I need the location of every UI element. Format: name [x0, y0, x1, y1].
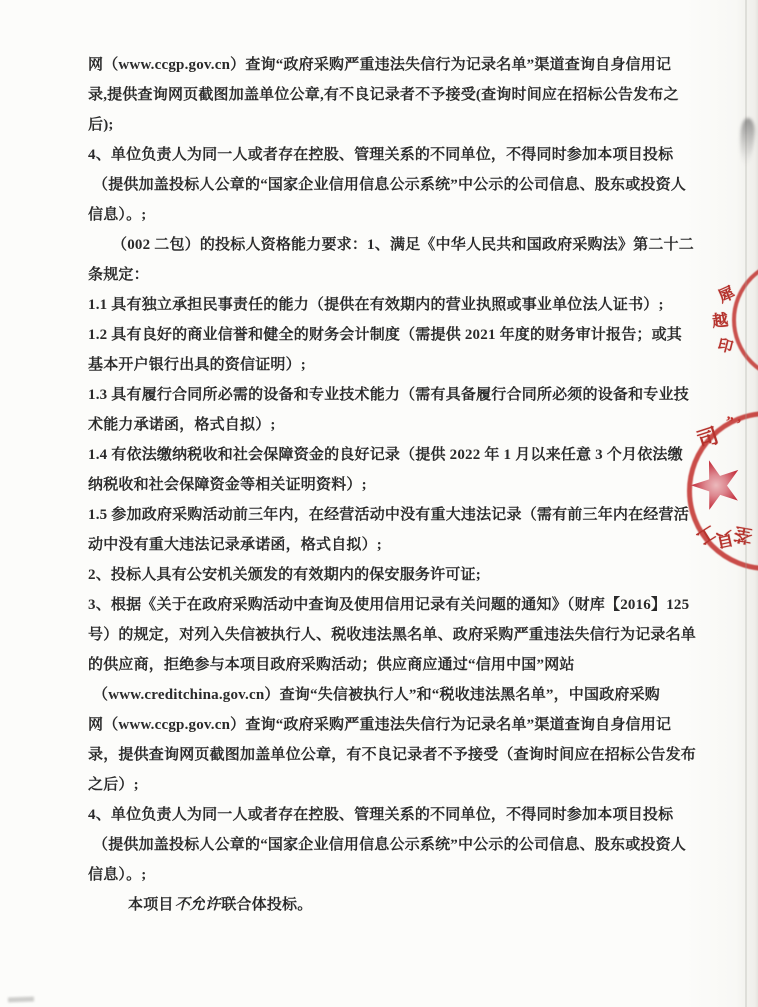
seal-character: 工: [692, 520, 721, 552]
line-text-emphasis: [689, 597, 691, 613]
line-text-emphasis: [686, 177, 688, 193]
line-text: （提供加盖投标人公章的“国家企业信用信息公示系统”中公示的公司信息、股东或投资人: [93, 837, 686, 853]
text-line: 录，提供查询网页截图加盖单位公章，有不良记录者不予接受（查询时间应在招标公告发布: [88, 740, 688, 770]
text-line: 2、投标人具有公安机关颁发的有效期内的保安服务许可证;: [88, 560, 688, 590]
line-text-emphasis: [660, 687, 662, 703]
text-line: 号）的规定，对列入失信被执行人、税收违法黑名单、政府采购严重违法失信行为记录名单: [88, 620, 688, 650]
line-text: （002 二包）的投标人资格能力要求：1、满足《中华人民共和国政府采购法》第二十…: [112, 237, 694, 253]
line-text: 1.4 有依法缴纳税收和社会保障资金的良好记录（提供 2022 年 1 月以来任…: [88, 447, 683, 463]
text-line: （提供加盖投标人公章的“国家企业信用信息公示系统”中公示的公司信息、股东或投资人: [93, 170, 688, 200]
line-text: 4、单位负责人为同一人或者存在控股、管理关系的不同单位，不得同时参加本项目投标: [88, 807, 673, 823]
text-line: 4、单位负责人为同一人或者存在控股、管理关系的不同单位，不得同时参加本项目投标: [88, 140, 688, 170]
text-line: 信息）。;: [88, 860, 688, 890]
line-text: 录,提供查询网页截图加盖单位公章,有不良记录者不予接受(查询时间应在招标公告发布…: [88, 87, 679, 103]
line-text-emphasis: [306, 357, 308, 373]
line-text-emphasis: [679, 87, 681, 103]
line-text: 1.5 参加政府采购活动前三年内，在经营活动中没有重大违法记录（需有前三年内在经…: [88, 507, 689, 523]
line-text-emphasis: [382, 537, 384, 553]
text-line: 基本开户银行出具的资信证明）;: [88, 350, 688, 380]
line-text: 动中没有重大违法记录承诺函，格式自拟）;: [88, 537, 382, 553]
text-line: （www.creditchina.gov.cn）查询“失信被执行人”和“税收违法…: [93, 680, 688, 710]
text-line: 条规定：: [88, 260, 688, 290]
text-line: 本项目不允许联合体投标。: [128, 890, 688, 920]
line-text-emphasis: [671, 717, 673, 733]
text-line: 3、根据《关于在政府采购活动中查询及使用信用记录有关问题的通知》（财库【2016…: [88, 590, 688, 620]
seal-character: 司: [693, 419, 722, 454]
text-line: 1.2 具有良好的商业信誉和健全的财务会计制度（需提供 2021 年度的财务审计…: [88, 320, 688, 350]
text-line: （002 二包）的投标人资格能力要求：1、满足《中华人民共和国政府采购法》第二十…: [112, 230, 688, 260]
line-text: 的供应商，拒绝参与本项目政府采购活动；供应商应通过“信用中国”网站: [88, 657, 575, 673]
text-line: 网（www.ccgp.gov.cn）查询“政府采购严重违法失信行为记录名单”渠道…: [88, 710, 688, 740]
line-text: 网（www.ccgp.gov.cn）查询“政府采购严重违法失信行为记录名单”渠道…: [88, 57, 671, 73]
text-line: 1.4 有依法缴纳税收和社会保障资金的良好记录（提供 2022 年 1 月以来任…: [88, 440, 688, 470]
line-text-emphasis: [367, 477, 369, 493]
line-text-emphasis: [147, 867, 149, 883]
line-text-emphasis: 不允许: [174, 897, 222, 913]
line-text-emphasis: [149, 267, 151, 283]
line-text-emphasis: [696, 747, 698, 763]
line-text: 之后）;: [88, 777, 139, 793]
line-text-emphasis: [671, 57, 673, 73]
line-text: 条规定：: [88, 267, 149, 283]
line-text-emphasis: [694, 237, 696, 253]
text-line: 网（www.ccgp.gov.cn）查询“政府采购严重违法失信行为记录名单”渠道…: [88, 50, 688, 80]
text-line: 1.3 具有履行合同所必需的设备和专业技术能力（需有具备履行合同所必须的设备和专…: [88, 380, 688, 410]
line-text: 4、单位负责人为同一人或者存在控股、管理关系的不同单位，不得同时参加本项目投标: [88, 147, 673, 163]
line-text: 号）的规定，对列入失信被执行人、税收违法黑名单、政府采购严重违法失信行为记录名单: [88, 627, 696, 643]
line-text: 3、根据《关于在政府采购活动中查询及使用信用记录有关问题的通知》（财库【2016…: [88, 597, 689, 613]
text-line: 1.5 参加政府采购活动前三年内，在经营活动中没有重大违法记录（需有前三年内在经…: [88, 500, 688, 530]
seal-character: 越: [711, 307, 729, 332]
text-line: 纳税收和社会保障资金等相关证明资料）;: [88, 470, 688, 500]
seal-character: 印: [716, 333, 736, 357]
seal-character: 荃: [732, 522, 754, 551]
line-text-emphasis: [114, 117, 116, 133]
scan-corner-mark: [8, 997, 34, 1003]
line-text-emphasis: [686, 837, 688, 853]
text-line: （提供加盖投标人公章的“国家企业信用信息公示系统”中公示的公司信息、股东或投资人: [93, 830, 688, 860]
line-text: 1.3 具有履行合同所必需的设备和专业技术能力（需有具备履行合同所必须的设备和专…: [88, 387, 689, 403]
line-text-emphasis: [682, 327, 684, 343]
text-line: 后);: [88, 110, 688, 140]
text-line: 动中没有重大违法记录承诺函，格式自拟）;: [88, 530, 688, 560]
line-text: 联合体投标。: [221, 897, 312, 913]
line-text: （提供加盖投标人公章的“国家企业信用信息公示系统”中公示的公司信息、股东或投资人: [93, 177, 686, 193]
line-text: 本项目: [128, 897, 174, 913]
seal-character: 犀: [714, 280, 738, 308]
line-text: （www.creditchina.gov.cn）查询“失信被执行人”和“税收违法…: [93, 687, 660, 703]
line-text: 1.2 具有良好的商业信誉和健全的财务会计制度（需提供 2021 年度的财务审计…: [88, 327, 682, 343]
line-text-emphasis: [696, 627, 698, 643]
text-line: 录,提供查询网页截图加盖单位公章,有不良记录者不予接受(查询时间应在招标公告发布…: [88, 80, 688, 110]
line-text-emphasis: [481, 567, 483, 583]
seal-ring-icon: [687, 411, 758, 571]
line-text: 纳税收和社会保障资金等相关证明资料）;: [88, 477, 367, 493]
seal-ditto-marks: ”’: [723, 414, 745, 435]
red-star-icon: [684, 452, 750, 518]
line-text: 信息）。;: [88, 867, 147, 883]
line-text-emphasis: [673, 807, 675, 823]
text-line: 1.1 具有独立承担民事责任的能力（提供在有效期内的营业执照或事业单位法人证书）…: [88, 290, 688, 320]
line-text: 基本开户银行出具的资信证明）;: [88, 357, 306, 373]
line-text: 信息）。;: [88, 207, 147, 223]
line-text-emphasis: [673, 147, 675, 163]
line-text: 2、投标人具有公安机关颁发的有效期内的保安服务许可证;: [88, 567, 481, 583]
document-text-column: 网（www.ccgp.gov.cn）查询“政府采购严重违法失信行为记录名单”渠道…: [88, 50, 688, 920]
scan-smudge-mark: [738, 118, 755, 167]
line-text-emphasis: [147, 207, 149, 223]
red-seal-lower: 司 ”’ 工 貝 荃: [687, 411, 758, 561]
line-text: 录，提供查询网页截图加盖单位公章，有不良记录者不予接受（查询时间应在招标公告发布: [88, 747, 696, 763]
line-text-emphasis: [689, 387, 691, 403]
line-text: 网（www.ccgp.gov.cn）查询“政府采购严重违法失信行为记录名单”渠道…: [88, 717, 671, 733]
text-line: 信息）。;: [88, 200, 688, 230]
text-line: 4、单位负责人为同一人或者存在控股、管理关系的不同单位，不得同时参加本项目投标: [88, 800, 688, 830]
line-text-emphasis: [575, 657, 577, 673]
line-text: 1.1 具有独立承担民事责任的能力（提供在有效期内的营业执照或事业单位法人证书）…: [88, 297, 664, 313]
line-text: 术能力承诺函，格式自拟）;: [88, 417, 276, 433]
scanned-document-page: 网（www.ccgp.gov.cn）查询“政府采购严重违法失信行为记录名单”渠道…: [0, 0, 758, 1007]
line-text-emphasis: [683, 447, 685, 463]
seal-character: 貝: [713, 525, 736, 554]
line-text-emphasis: [276, 417, 278, 433]
text-line: 之后）;: [88, 770, 688, 800]
line-text-emphasis: [664, 297, 666, 313]
text-line: 的供应商，拒绝参与本项目政府采购活动；供应商应通过“信用中国”网站: [88, 650, 688, 680]
line-text: 后);: [88, 117, 114, 133]
line-text-emphasis: [689, 507, 691, 523]
line-text-emphasis: [139, 777, 141, 793]
text-line: 术能力承诺函，格式自拟）;: [88, 410, 688, 440]
